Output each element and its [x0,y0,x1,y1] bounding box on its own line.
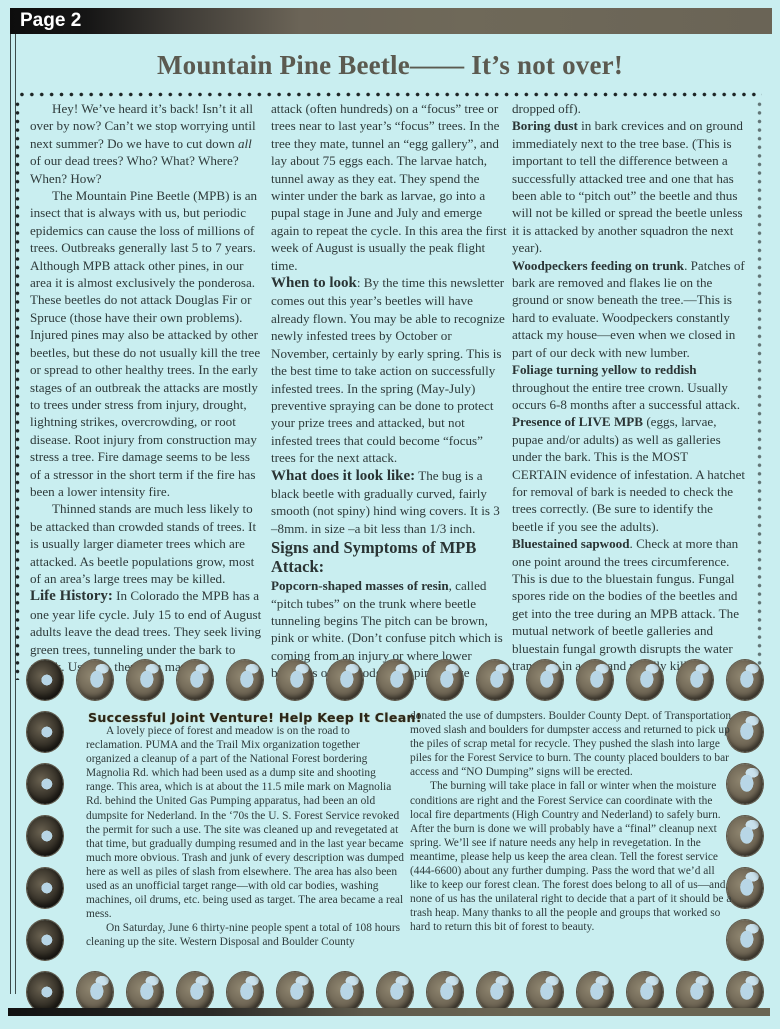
globe-icon [27,868,63,908]
globe-icon [227,660,263,700]
text: . Check at more than one point around th… [512,536,739,673]
globe-icon [727,920,763,960]
dotted-divider [17,92,762,97]
dropped-off-text: dropped off). [512,100,746,117]
globe-icon [327,972,363,1012]
article-title: Mountain Pine Beetle—— It’s not over! [0,50,780,81]
globe-icon [677,660,713,700]
globe-icon [427,660,463,700]
globe-icon [577,972,613,1012]
woodpeckers-lead: Woodpeckers feeding on trunk [512,258,684,273]
cleanup-paragraph-2: On Saturday, June 6 thirty-nine people s… [86,921,404,949]
when-to-look-paragraph: When to look: By the time this newslette… [271,274,509,466]
woodpeckers-paragraph: Woodpeckers feeding on trunk. Patches of… [512,257,746,361]
foliage-lead: Foliage turning yellow to reddish [512,362,697,377]
live-mpb-paragraph: Presence of LIVE MPB (eggs, larvae, pupa… [512,413,746,535]
globe-icon [277,972,313,1012]
cleanup-paragraph-4: The burning will take place in fall or w… [410,779,732,934]
boxed-article-column-2: donated the use of dumpsters. Boulder Co… [410,709,732,935]
globe-icon [727,972,763,1012]
cleanup-paragraph-1: A lovely piece of forest and meadow is o… [86,724,404,921]
globe-icon [727,764,763,804]
globe-icon [377,660,413,700]
life-history-heading: Life History: [30,588,113,604]
globe-icon [27,920,63,960]
bluestain-lead: Bluestained sapwood [512,536,630,551]
text: : By the time this newsletter comes out … [271,275,505,465]
globe-icon [727,816,763,856]
text: in bark crevices and on ground immediate… [512,118,743,255]
what-look-like-paragraph: What does it look like: The bug is a bla… [271,467,509,538]
text: of our dead trees? Who? What? Where? Whe… [30,153,239,185]
article-column-1: Hey! We’ve heard it’s back! Isn’t it all… [30,100,263,675]
cleanup-paragraph-3: donated the use of dumpsters. Boulder Co… [410,709,732,779]
boxed-article-column-1: A lovely piece of forest and meadow is o… [86,724,404,950]
emphasis-text: all [238,136,252,151]
foliage-paragraph: Foliage turning yellow to reddish throug… [512,361,746,413]
globe-icon [727,868,763,908]
globe-icon [477,972,513,1012]
article-column-2: attack (often hundreds) on a “focus” tre… [271,100,509,682]
globe-icon [477,660,513,700]
globe-icon [27,764,63,804]
globe-icon [27,660,63,700]
globe-icon [427,972,463,1012]
footer-bar-end [518,1008,770,1016]
when-to-look-heading: When to look [271,275,357,291]
globe-icon [627,972,663,1012]
globe-icon [27,972,63,1012]
thinned-stands-paragraph: Thinned stands are much less likely to b… [30,500,263,587]
globe-icon [627,660,663,700]
bluestain-paragraph: Bluestained sapwood. Check at more than … [512,535,746,674]
globe-icon [177,972,213,1012]
text: (eggs, larvae, pupae and/or adults) as w… [512,414,745,533]
boring-dust-lead: Boring dust [512,118,578,133]
globe-icon [127,660,163,700]
boxed-article-title: Successful Joint Venture! Help Keep It C… [88,710,422,725]
page-number-label: Page 2 [20,8,81,34]
globe-icon [227,972,263,1012]
globe-icon [727,660,763,700]
globe-icon [577,660,613,700]
globe-icon [77,972,113,1012]
article-column-3: dropped off). Boring dust in bark crevic… [512,100,746,674]
text: throughout the entire tree crown. Usuall… [512,380,740,412]
mpb-paragraph: The Mountain Pine Beetle (MPB) is an ins… [30,187,263,500]
globe-icon [727,712,763,752]
live-mpb-lead: Presence of LIVE MPB [512,414,643,429]
globe-icon [77,660,113,700]
globe-icon [677,972,713,1012]
globe-icon [527,972,563,1012]
what-look-like-heading: What does it look like: [271,468,415,484]
globe-icon [27,816,63,856]
page-header-bar [10,8,772,34]
popcorn-lead: Popcorn-shaped masses of resin [271,578,449,593]
globe-icon [127,972,163,1012]
globe-icon [177,660,213,700]
footer-bar [8,1008,518,1016]
dotted-border-left [15,100,20,680]
text: Hey! We’ve heard it’s back! Isn’t it all… [30,101,256,151]
signs-symptoms-heading: Signs and Symptoms of MPB Attack: [271,538,509,576]
intro-paragraph: Hey! We’ve heard it’s back! Isn’t it all… [30,100,263,187]
globe-icon [327,660,363,700]
globe-icon [277,660,313,700]
life-cycle-paragraph: attack (often hundreds) on a “focus” tre… [271,100,509,274]
boring-dust-paragraph: Boring dust in bark crevices and on grou… [512,117,746,256]
globe-icon [527,660,563,700]
globe-icon [27,712,63,752]
dotted-border-right [757,100,762,670]
globe-icon [377,972,413,1012]
